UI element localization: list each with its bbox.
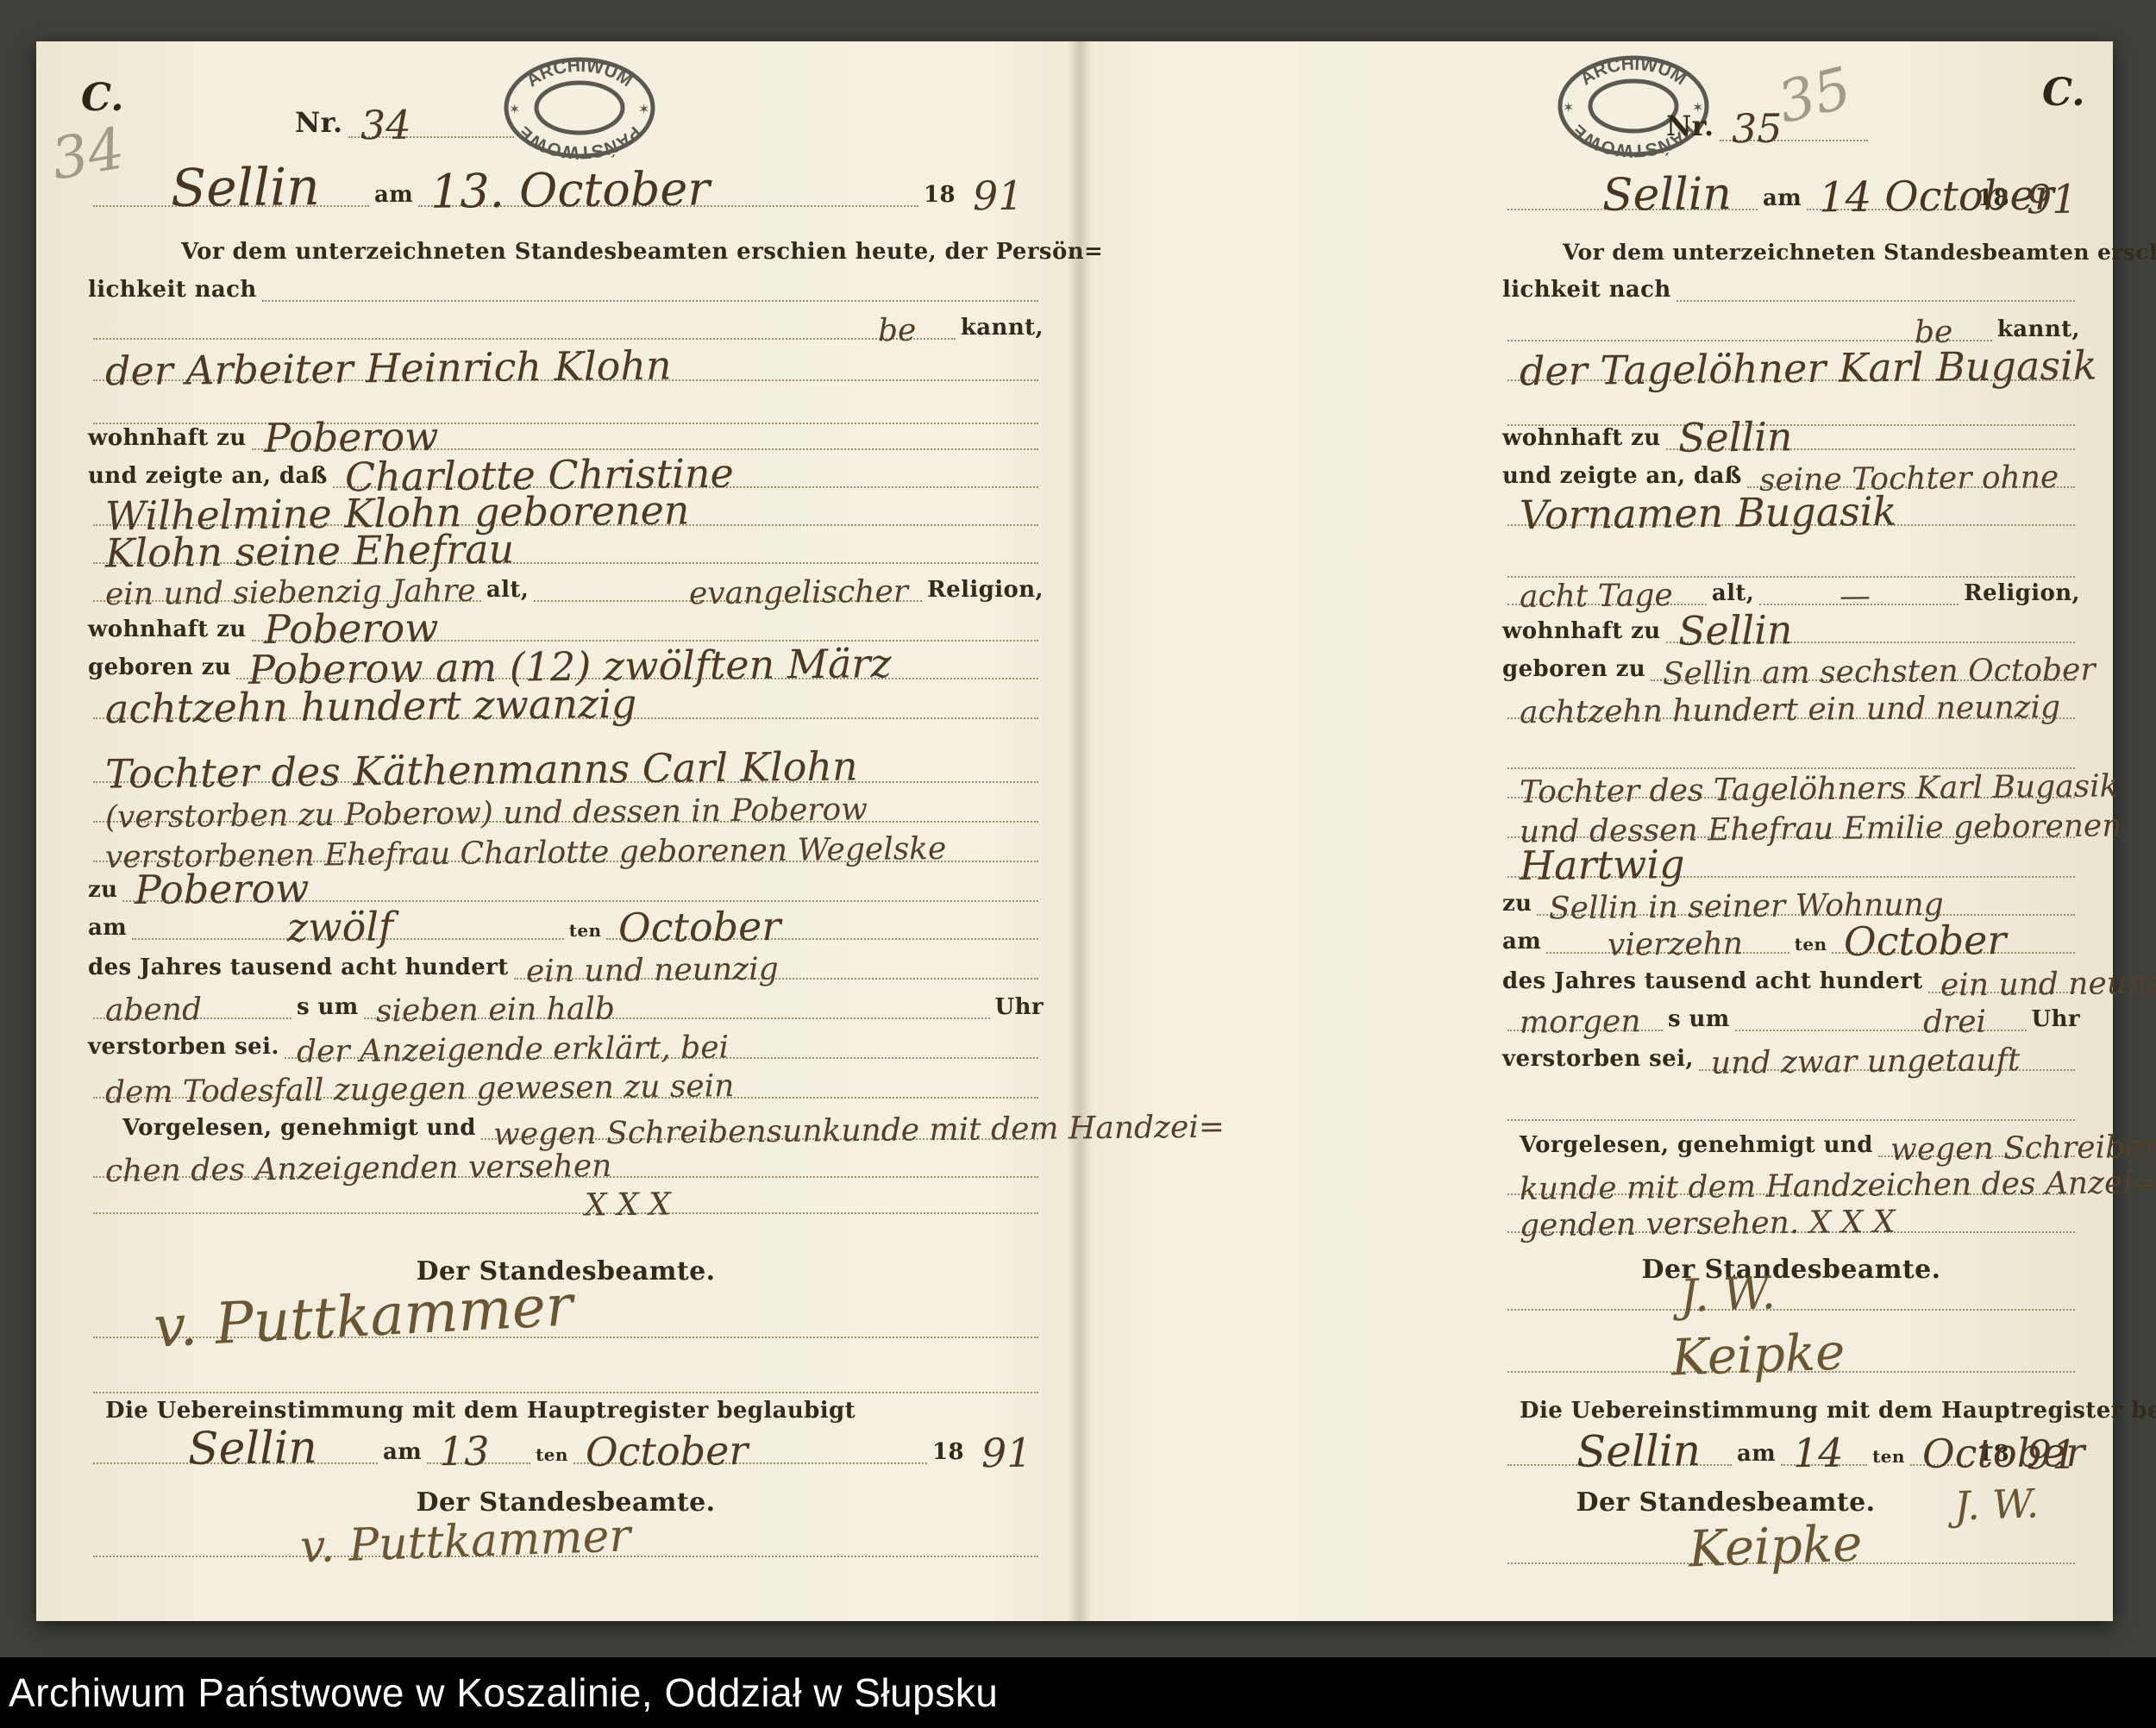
stamp-star-icon: ✶ (638, 101, 649, 117)
wohnhaft-label: wohnhaft zu (1502, 427, 1661, 450)
birth-row: geboren zu Poberow am (12) zwölften März (88, 640, 1044, 679)
death-place-row: zu Poberow (88, 862, 1044, 902)
declarant-row: der Tagelöhner Karl Bugasik (1502, 335, 2080, 381)
alt-label: alt, (486, 579, 529, 602)
attest-date-row: Sellin am 14 ten October 18 91 (1502, 1411, 2080, 1466)
registrar-signature: v. Puttkammer (299, 1513, 631, 1569)
residence-row: wohnhaft zu Sellin (1502, 604, 2080, 643)
residence-row: wohnhaft zu Sellin (1502, 410, 2080, 450)
parents-row: (verstorben zu Poberow) und dessen in Po… (88, 783, 1044, 823)
wohnhaft-label: wohnhaft zu (88, 427, 247, 450)
signature-row: v. Puttkammer (88, 1259, 1044, 1338)
birth-row: geboren zu Sellin am sechsten October (1502, 642, 2080, 681)
am-label: am (88, 917, 127, 940)
crosses-row: X X X (88, 1174, 1044, 1214)
page-letter: C. (2042, 71, 2085, 115)
wohnhaft-label: wohnhaft zu (88, 618, 247, 642)
death-time-row: abend s um sieben ein halb Uhr (88, 980, 1044, 1019)
report-row: Wilhelmine Klohn geborenen (88, 486, 1044, 526)
s-um-label: s um (1668, 1008, 1730, 1031)
place-handwritten: Sellin (1602, 172, 1732, 218)
intro-line: Vor dem unterzeichneten Standesbeamten e… (88, 224, 1044, 264)
birth-row: achtzehn hundert ein und neunzig (1502, 679, 2080, 719)
parents-row: Tochter des Tagelöhners Karl Bugasik (1502, 759, 2080, 798)
date-handwritten: 13. October (430, 166, 711, 215)
printed-intro-2: lichkeit nach (1502, 279, 1671, 302)
svg-text:ARCHIWUM: ARCHIWUM (1576, 54, 1689, 90)
archive-caption: Archiwum Państwowe w Koszalinie, Oddział… (9, 1669, 998, 1716)
deceased-row: verstorben sei. der Anzeigende erklärt, … (88, 1019, 1044, 1059)
entry-number: 35 (1731, 109, 1782, 149)
nr-label: Nr. (295, 109, 343, 138)
wohnhaft-label: wohnhaft zu (1502, 620, 1661, 643)
attest-year-handwritten: 91 (2027, 1435, 2078, 1475)
attest-month-handwritten: October (586, 1431, 749, 1472)
ten-label: ten (1795, 936, 1827, 954)
death-date-row: am vierzehn ten October (1502, 914, 2080, 954)
am-label: am (374, 184, 413, 207)
jahres-label: des Jahres tausend acht hundert (88, 956, 509, 980)
page-letter: C. (81, 76, 124, 120)
reported-name-2: Vornamen Bugasik (1520, 491, 1897, 535)
am-label: am (383, 1441, 422, 1464)
handmark-crosses: X X X (585, 1189, 671, 1221)
place-handwritten: Sellin (171, 161, 320, 215)
birth-handwritten-2: achtzehn hundert ein und neunzig (1520, 692, 2060, 729)
scanned-register-page: C. 34 ARCHIWUM PAŃSTWOWE ✶ ✶ Nr. 34 Sell… (0, 0, 2156, 1728)
attest-day-handwritten: 13 (439, 1431, 490, 1472)
closing-row: Vorgelesen, genehmigt und wegen Schreibe… (1502, 1118, 2080, 1157)
s-um-label: s um (297, 996, 359, 1019)
attest-date-row: Sellin am 13 ten October 18 91 (88, 1409, 1044, 1464)
intro-line: Vor dem unterzeichneten Standesbeamten e… (1502, 224, 2080, 264)
age-religion-row: acht Tage alt, — Religion, (1502, 566, 2080, 605)
am-label: am (1737, 1443, 1776, 1466)
ten-label: ten (569, 922, 602, 940)
parents-row: Hartwig (1502, 838, 2080, 878)
death-year-row: des Jahres tausend acht hundert ein und … (1502, 954, 2080, 993)
century-label: 18 (924, 184, 956, 207)
intro-line: lichkeit nach (88, 262, 1044, 302)
report-row: und zeigte an, daß seine Tochter ohne (1502, 448, 2080, 488)
stamp-text-top: ARCHIWUM (1576, 54, 1689, 90)
closing-row: kunde mit dem Handzeichen des Anzei= (1502, 1155, 2080, 1195)
am-label: am (1763, 187, 1802, 210)
age-religion-row: ein und siebenzig Jahre alt, evangelisch… (88, 562, 1044, 602)
signature-row: v. Puttkammer (88, 1497, 1044, 1557)
residence-row: wohnhaft zu Poberow (88, 410, 1044, 450)
stamp-text-top: ARCHIWUM (523, 56, 636, 91)
place-date-row: Sellin am 14 October 18 91 (1502, 150, 2080, 210)
register-spread: C. 34 ARCHIWUM PAŃSTWOWE ✶ ✶ Nr. 34 Sell… (36, 41, 2113, 1621)
ten-label: ten (536, 1446, 568, 1464)
note-handwritten-1: und zwar ungetauft (1711, 1045, 2021, 1080)
birth-handwritten-2: achtzehn hundert zwanzig (105, 684, 637, 729)
entry-number-row: Nr. 34 (295, 98, 519, 138)
closing-handwritten-3: genden versehen. X X X (1520, 1207, 1896, 1243)
entry-number-row: Nr. 35 (1666, 102, 1873, 141)
attest-year-handwritten: 91 (981, 1433, 1032, 1474)
closing-row: Vorgelesen, genehmigt und wegen Schreibe… (88, 1100, 1044, 1140)
report-row: und zeigte an, daß Charlotte Christine (88, 448, 1044, 488)
ten-label: ten (1872, 1448, 1905, 1466)
signature-row: Keipke (1502, 1504, 2080, 1564)
svg-text:ARCHIWUM: ARCHIWUM (523, 56, 636, 91)
religion-label: Religion, (927, 579, 1044, 602)
uhr-label: Uhr (995, 996, 1044, 1019)
deceased-row: verstorben sei, und zwar ungetauft (1502, 1031, 2080, 1071)
attest-place-handwritten: Sellin (1576, 1429, 1702, 1474)
intro-line: lichkeit nach (1502, 262, 2080, 302)
place-date-row: Sellin am 13. October 18 91 (88, 141, 1044, 207)
nr-label: Nr. (1666, 112, 1714, 141)
century-label: 18 (932, 1441, 964, 1464)
geboren-label: geboren zu (88, 656, 231, 679)
closing-row: genden versehen. X X X (1502, 1193, 2080, 1233)
verstorben-label: verstorben sei. (88, 1036, 279, 1059)
attest-day-handwritten: 14 (1793, 1433, 1844, 1474)
verstorben-label: verstorben sei, (1502, 1048, 1694, 1071)
birth-row: achtzehn hundert zwanzig (88, 679, 1044, 719)
signature-row: Keipke (1502, 1312, 2080, 1373)
report-row: Vornamen Bugasik (1502, 486, 2080, 526)
report-row: Klohn seine Ehefrau (88, 524, 1044, 564)
parents-row: verstorbenen Ehefrau Charlotte geborenen… (88, 823, 1044, 862)
death-date-row: am zwölf ten October (88, 900, 1044, 940)
death-place-row: zu Sellin in seiner Wohnung (1502, 876, 2080, 916)
stamp-star-icon: ✶ (1563, 99, 1574, 116)
declarant-row: der Arbeiter Heinrich Klohn (88, 335, 1044, 381)
registrar-signature: v. Puttkammer (153, 1277, 574, 1355)
signature-row: J. W. (1502, 1255, 2080, 1311)
uhr-label: Uhr (2032, 1008, 2080, 1031)
zu-label: zu (88, 879, 117, 902)
attest-place-handwritten: Sellin (188, 1425, 317, 1472)
parents-row: und dessen Ehefrau Emilie geborenen (1502, 798, 2080, 838)
residence-row: wohnhaft zu Poberow (88, 602, 1044, 642)
zu-label: zu (1502, 892, 1532, 916)
death-time-row: morgen s um drei Uhr (1502, 992, 2080, 1031)
am-label: am (1502, 930, 1541, 954)
note-row: dem Todesfall zugegen gewesen zu sein (88, 1059, 1044, 1099)
footer-bar: Archiwum Państwowe w Koszalinie, Oddział… (0, 1657, 2156, 1728)
registrar-signature: Keipke (1688, 1518, 1863, 1575)
parents-row: Tochter des Käthenmanns Carl Klohn (88, 733, 1044, 783)
year-handwritten: 91 (2027, 179, 2078, 220)
year-handwritten: 91 (973, 176, 1024, 216)
registrar-signature: Keipke (1670, 1327, 1846, 1383)
book-gutter (1068, 41, 1092, 1621)
death-year-row: des Jahres tausend acht hundert ein und … (88, 940, 1044, 980)
